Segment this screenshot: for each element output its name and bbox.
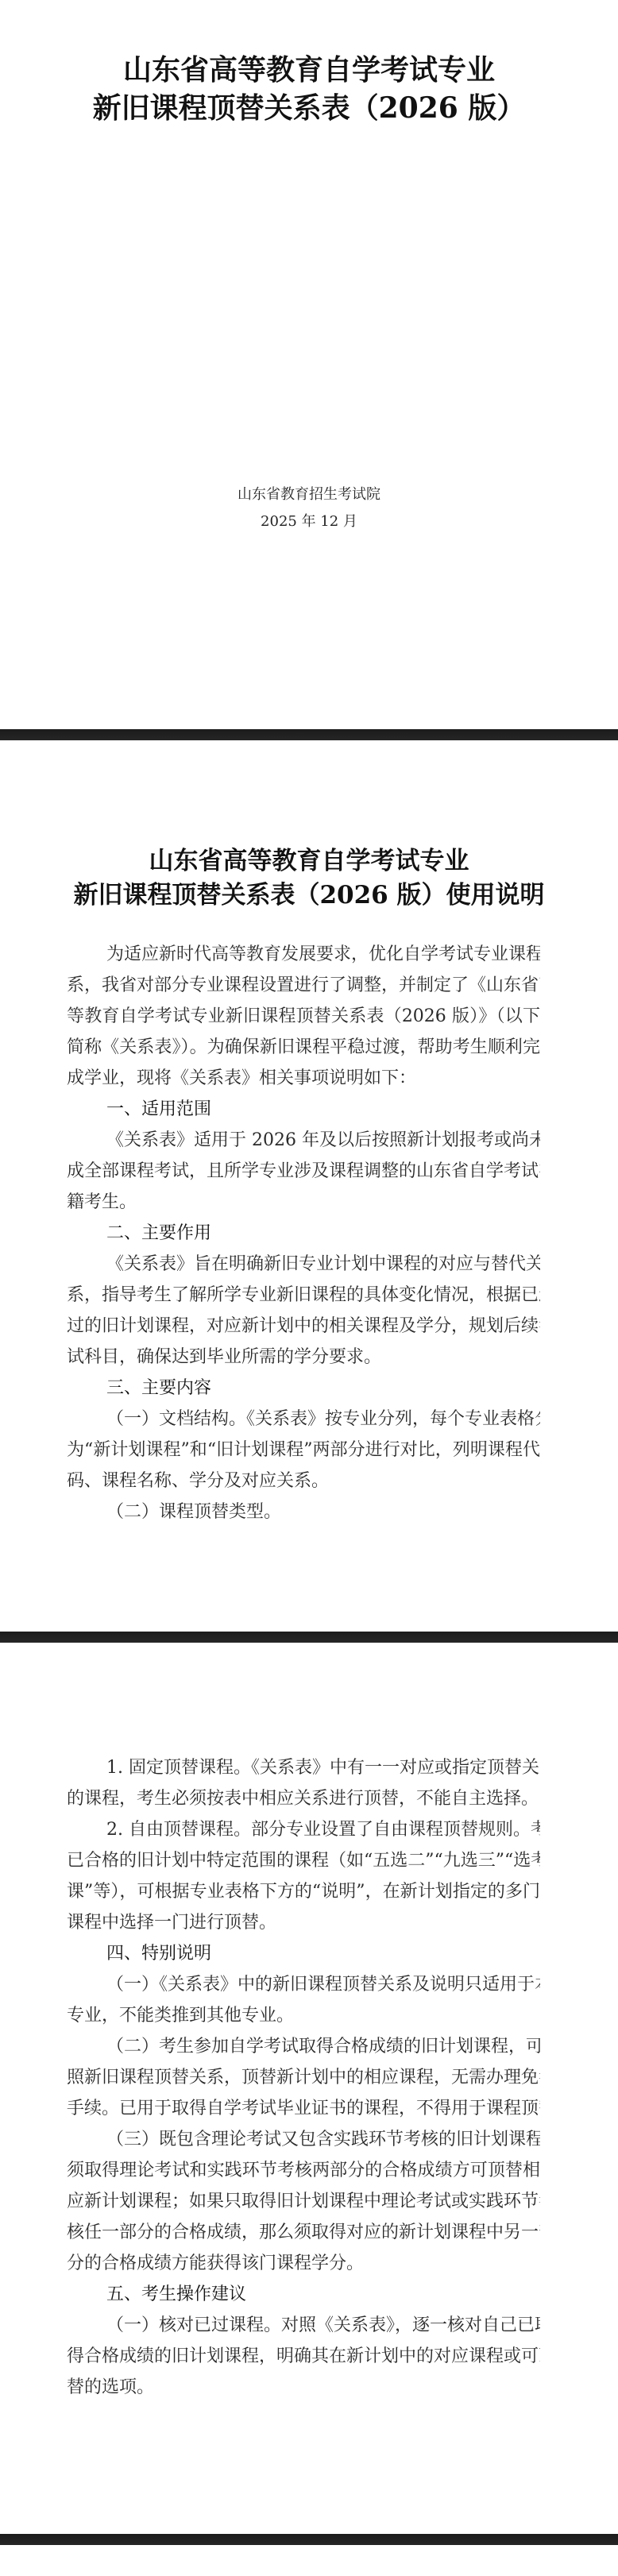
paragraph-line: 手续。已用于取得自学考试毕业证书的课程，不得用于课程顶替。 <box>67 2093 540 2124</box>
paragraph-line: 课”等），可根据专业表格下方的“说明”，在新计划指定的多门 <box>67 1876 540 1907</box>
paragraph-line: 分的合格成绩方能获得该门课程学分。 <box>67 2248 540 2279</box>
paragraph-line: 等教育自学考试专业新旧课程顶替关系表（2026 版）》（以下 <box>67 1001 540 1032</box>
paragraph-line: （一）文档结构。《关系表》按专业分列，每个专业表格分 <box>67 1404 540 1435</box>
paragraph-line: 简称《关系表》）。为确保新旧课程平稳过渡，帮助考生顺利完 <box>67 1032 540 1063</box>
paragraph-line: 系，我省对部分专业课程设置进行了调整，并制定了《山东省高 <box>67 970 540 1001</box>
instructions-body: 为适应新时代高等教育发展要求，优化自学考试专业课程体系，我省对部分专业课程设置进… <box>67 939 540 1527</box>
paragraph-line: （二）课程顶替类型。 <box>67 1497 540 1527</box>
paragraph-line: 已合格的旧计划中特定范围的课程（如“五选二”“九选三”“选考 <box>67 1845 540 1876</box>
paragraph-line: 核任一部分的合格成绩，那么须取得对应的新计划课程中另一部 <box>67 2217 540 2248</box>
paragraph-line: （三）既包含理论考试又包含实践环节考核的旧计划课程， <box>67 2124 540 2155</box>
instructions-title-line-1: 山东省高等教育自学考试专业 <box>0 849 618 874</box>
paragraph-line: 照新旧课程顶替关系，顶替新计划中的相应课程，无需办理免考 <box>67 2062 540 2093</box>
paragraph-line: 课程中选择一门进行顶替。 <box>67 1907 540 1938</box>
paragraph-line: 《关系表》适用于 2026 年及以后按照新计划报考或尚未完 <box>67 1125 540 1156</box>
paragraph-line: 专业，不能类推到其他专业。 <box>67 2000 540 2031</box>
cover-issuer: 山东省教育招生考试院 <box>0 488 618 502</box>
paragraph-line: 系，指导考生了解所学专业新旧课程的具体变化情况，根据已通 <box>67 1280 540 1311</box>
continued-body: 1. 固定顶替课程。《关系表》中有一一对应或指定顶替关系的课程，考生必须按表中相… <box>67 1752 540 2403</box>
paragraph-line: 过的旧计划课程，对应新计划中的相关课程及学分，规划后续考 <box>67 1311 540 1342</box>
paragraph-line: 《关系表》旨在明确新旧专业计划中课程的对应与替代关 <box>67 1249 540 1280</box>
paragraph-line: 码、课程名称、学分及对应关系。 <box>67 1466 540 1497</box>
paragraph-line: 应新计划课程；如果只取得旧计划课程中理论考试或实践环节考 <box>67 2186 540 2217</box>
paragraph-line: 替的选项。 <box>67 2372 540 2403</box>
continued-page: 1. 固定顶替课程。《关系表》中有一一对应或指定顶替关系的课程，考生必须按表中相… <box>0 1643 618 2534</box>
section-heading: 二、主要作用 <box>67 1218 540 1249</box>
cover-title-line-1: 山东省高等教育自学考试专业 <box>0 56 618 84</box>
page-separator <box>0 1632 618 1643</box>
paragraph-line: 成全部课程考试，且所学专业涉及课程调整的山东省自学考试在 <box>67 1156 540 1187</box>
paragraph-line: （一）核对已过课程。对照《关系表》，逐一核对自己已取 <box>67 2310 540 2341</box>
cover-date: 2025 年 12 月 <box>0 515 618 529</box>
paragraph-line: 须取得理论考试和实践环节考核两部分的合格成绩方可顶替相 <box>67 2155 540 2186</box>
paragraph-line: 成学业，现将《关系表》相关事项说明如下： <box>67 1063 540 1094</box>
section-heading: 四、特别说明 <box>67 1938 540 1969</box>
paragraph-line: 的课程，考生必须按表中相应关系进行顶替，不能自主选择。 <box>67 1783 540 1814</box>
section-heading: 一、适用范围 <box>67 1094 540 1125</box>
paragraph-line: 为“新计划课程”和“旧计划课程”两部分进行对比，列明课程代 <box>67 1435 540 1466</box>
cover-title-line-2: 新旧课程顶替关系表（2026 版） <box>0 94 618 122</box>
paragraph-line: （一）《关系表》中的新旧课程顶替关系及说明只适用于本 <box>67 1969 540 2000</box>
paragraph-line: 籍考生。 <box>67 1187 540 1218</box>
cover-page: 山东省高等教育自学考试专业 新旧课程顶替关系表（2026 版） 山东省教育招生考… <box>0 0 618 729</box>
instructions-page: 山东省高等教育自学考试专业 新旧课程顶替关系表（2026 版）使用说明 为适应新… <box>0 740 618 1632</box>
page-separator <box>0 729 618 740</box>
paragraph-line: （二）考生参加自学考试取得合格成绩的旧计划课程，可按 <box>67 2031 540 2062</box>
paragraph-line: 为适应新时代高等教育发展要求，优化自学考试专业课程体 <box>67 939 540 970</box>
instructions-title-line-2: 新旧课程顶替关系表（2026 版）使用说明 <box>0 883 618 908</box>
section-heading: 五、考生操作建议 <box>67 2279 540 2310</box>
paragraph-line: 得合格成绩的旧计划课程，明确其在新计划中的对应课程或可顶 <box>67 2341 540 2372</box>
paragraph-line: 1. 固定顶替课程。《关系表》中有一一对应或指定顶替关系 <box>67 1752 540 1783</box>
paragraph-line: 2. 自由顶替课程。部分专业设置了自由课程顶替规则。考生 <box>67 1814 540 1845</box>
paragraph-line: 试科目，确保达到毕业所需的学分要求。 <box>67 1342 540 1373</box>
section-heading: 三、主要内容 <box>67 1373 540 1404</box>
page-separator <box>0 2534 618 2545</box>
